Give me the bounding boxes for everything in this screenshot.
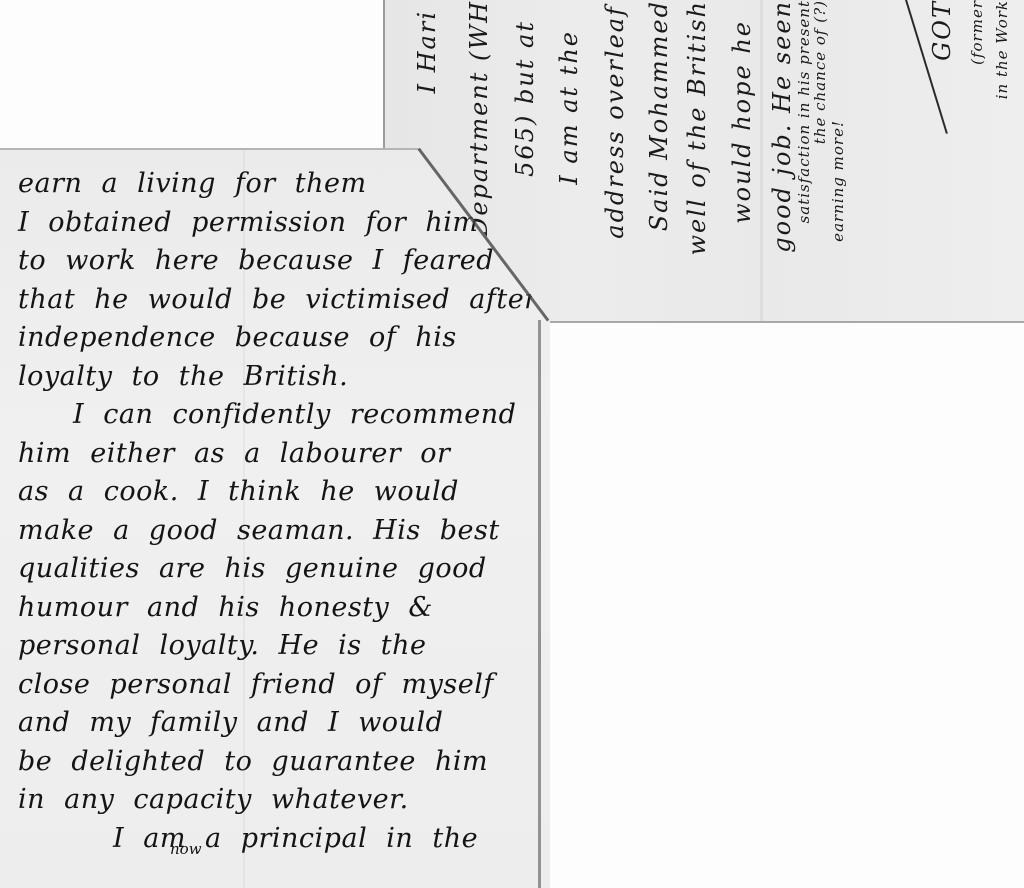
paper-fold-crease: [760, 0, 763, 321]
fragment-text-line: would hope he: [730, 20, 754, 224]
letter-line: qualities are his genuine good: [18, 553, 538, 592]
fragment-text-line: well of the British: [685, 0, 709, 256]
fragment-text-line: I Hari: [415, 10, 439, 94]
fragment-text-line: in the Work: [995, 0, 1010, 99]
letter-line: I can confidently recommend: [18, 399, 538, 438]
fragment-text-line: satisfaction in his present: [797, 0, 812, 223]
letter-line: make a good seaman. His best: [18, 515, 538, 554]
left-letter-page: earn a living for them I obtained permis…: [0, 148, 550, 888]
letter-line: in any capacity whatever.: [18, 784, 538, 823]
letter-line: be delighted to guarantee him: [18, 746, 538, 785]
letter-line: independence because of his: [18, 322, 538, 361]
fragment-signature-text: GOT: [930, 0, 954, 61]
fragment-text-line: (former: [970, 0, 985, 65]
letter-line: him either as a labourer or: [18, 438, 538, 477]
fragment-text-line: earning more!: [831, 120, 846, 242]
letter-line: close personal friend of myself: [18, 669, 538, 708]
fragment-text-line: good job. He seen: [770, 0, 794, 253]
letter-line: to work here because I feared: [18, 245, 538, 284]
fragment-text-line: 565) but at: [513, 20, 537, 177]
letter-line: as a cook. I think he would: [18, 476, 538, 515]
fragment-text-line: I am at the: [557, 30, 581, 185]
letter-line: I obtained permission for him: [18, 207, 538, 246]
fragment-text-line: address overleaf: [603, 5, 627, 239]
fragment-text-line: Department (WH: [467, 0, 491, 237]
letter-line: loyalty to the British.: [18, 361, 538, 400]
letter-line: humour and his honesty &: [18, 592, 538, 631]
letter-line: that he would be victimised after: [18, 284, 538, 323]
scanned-document: I Hari Department (WH 565) but at I am a…: [0, 0, 1024, 888]
letter-line: personal loyalty. He is the: [18, 630, 538, 669]
letter-body: earn a living for them I obtained permis…: [18, 168, 538, 861]
letter-line: and my family and I would: [18, 707, 538, 746]
page-right-edge: [538, 320, 541, 888]
fragment-text-line: Said Mohammed: [647, 0, 671, 231]
letter-line: I am a principal in the: [18, 823, 538, 862]
inserted-word-annotation: now: [170, 840, 202, 858]
fragment-text-line: the chance of (?): [813, 0, 828, 144]
